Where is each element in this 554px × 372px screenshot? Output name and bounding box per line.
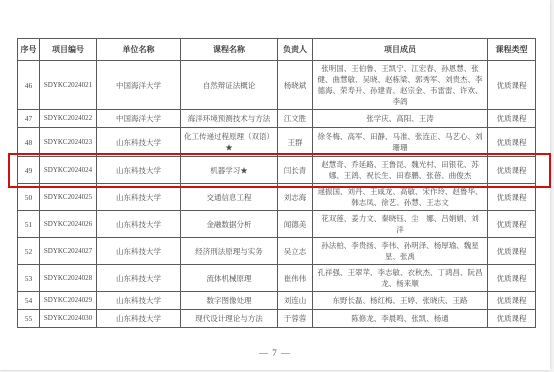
cell-leader: 杨晓斌 xyxy=(278,61,313,110)
cell-course-name: 化工传递过程原理（双语）★ xyxy=(181,128,278,157)
cell-project-members: 张学庆、高阳、王涛 xyxy=(313,110,488,128)
header-unit-name: 单位名称 xyxy=(97,39,181,61)
header-course-name: 课程名称 xyxy=(181,39,278,61)
cell-leader: 王群 xyxy=(278,128,313,157)
cell-serial-number: 48 xyxy=(18,128,40,157)
cell-project-code: SDYKC2024021 xyxy=(40,61,97,110)
table-row: 49 SDYKC2024024 山东科技大学 机器学习★ 闫长青 赵慧奇、乔延路… xyxy=(18,157,536,184)
cell-unit-name: 中国海洋大学 xyxy=(97,61,181,110)
cell-serial-number: 47 xyxy=(18,110,40,128)
cell-leader: 刘连山 xyxy=(278,292,313,310)
header-serial-number: 序号 xyxy=(18,39,40,61)
cell-project-code: SDYKC2024026 xyxy=(40,211,97,238)
cell-course-name: 交通信息工程 xyxy=(181,184,278,211)
header-course-type: 课程类型 xyxy=(488,39,536,61)
cell-course-name: 海洋环境预测技术与方法 xyxy=(181,110,278,128)
cell-unit-name: 中国海洋大学 xyxy=(97,110,181,128)
cell-project-members: 东野长磊、杨红梅、王婷、张晓庆、王路 xyxy=(313,292,488,310)
cell-project-code: SDYKC2024022 xyxy=(40,110,97,128)
cell-serial-number: 49 xyxy=(18,157,40,184)
table-row: 55 SDYKC2024030 山东科技大学 现代设计理论与方法 于蓉蓉 陈修龙… xyxy=(18,310,536,328)
cell-project-members: 陈修龙、李晨鸣、张凯、杨通 xyxy=(313,310,488,328)
cell-serial-number: 46 xyxy=(18,61,40,110)
table-row: 54 SDYKC2024029 山东科技大学 数字图像处理 刘连山 东野长磊、杨… xyxy=(18,292,536,310)
cell-course-type: 优质课程 xyxy=(488,238,536,265)
cell-serial-number: 53 xyxy=(18,265,40,292)
cell-course-type: 优质课程 xyxy=(488,211,536,238)
cell-serial-number: 50 xyxy=(18,184,40,211)
cell-course-type: 优质课程 xyxy=(488,128,536,157)
cell-course-type: 优质课程 xyxy=(488,61,536,110)
cell-project-code: SDYKC2024028 xyxy=(40,265,97,292)
cell-project-members: 孔祥强、王翠苹、李志敏、衣秋杰、丁鸿昌、阮昌龙、杨来顺 xyxy=(313,265,488,292)
table-row: 50 SDYKC2024025 山东科技大学 交通信息工程 刘志海 逯振国、刘丹… xyxy=(18,184,536,211)
cell-course-name: 经济刑法原理与实务 xyxy=(181,238,278,265)
table-row: 53 SDYKC2024028 山东科技大学 流体机械原理 崔伟伟 孔祥强、王翠… xyxy=(18,265,536,292)
cell-course-name: 流体机械原理 xyxy=(181,265,278,292)
cell-course-type: 优质课程 xyxy=(488,184,536,211)
table-body: 46 SDYKC2024021 中国海洋大学 自然辩证法概论 杨晓斌 张明国、王… xyxy=(18,61,536,328)
cell-project-members: 赵慧奇、乔延路、王鲁昆、魏光村、田银花、苏娜、王鸽、祝长生、田春鹏、张蓓、曲俊杰 xyxy=(313,157,488,184)
cell-course-type: 优质课程 xyxy=(488,265,536,292)
page-number: — 7 — xyxy=(0,348,550,358)
cell-course-name: 机器学习★ xyxy=(181,157,278,184)
cell-course-name: 自然辩证法概论 xyxy=(181,61,278,110)
cell-project-members: 花双莲、姜力文、秦晓钰、尘 娜、吕娟娟、刘 洋 xyxy=(313,211,488,238)
table-header-row: 序号 项目编号 单位名称 课程名称 负责人 项目成员 课程类型 xyxy=(18,39,536,61)
course-approval-table: 序号 项目编号 单位名称 课程名称 负责人 项目成员 课程类型 46 SDYKC… xyxy=(17,38,536,328)
cell-leader: 江文胜 xyxy=(278,110,313,128)
cell-unit-name: 山东科技大学 xyxy=(97,184,181,211)
table-header: 序号 项目编号 单位名称 课程名称 负责人 项目成员 课程类型 xyxy=(18,39,536,61)
cell-course-type: 优质课程 xyxy=(488,110,536,128)
cell-unit-name: 山东科技大学 xyxy=(97,265,181,292)
cell-unit-name: 山东科技大学 xyxy=(97,211,181,238)
cell-leader: 刘志海 xyxy=(278,184,313,211)
cell-unit-name: 山东科技大学 xyxy=(97,310,181,328)
cell-unit-name: 山东科技大学 xyxy=(97,238,181,265)
cell-unit-name: 山东科技大学 xyxy=(97,292,181,310)
table-row: 48 SDYKC2024023 山东科技大学 化工传递过程原理（双语）★ 王群 … xyxy=(18,128,536,157)
cell-course-name: 数字图像处理 xyxy=(181,292,278,310)
cell-leader: 崔伟伟 xyxy=(278,265,313,292)
table-row: 46 SDYKC2024021 中国海洋大学 自然辩证法概论 杨晓斌 张明国、王… xyxy=(18,61,536,110)
table-row: 52 SDYKC2024027 山东科技大学 经济刑法原理与实务 吴立志 孙法柏… xyxy=(18,238,536,265)
cell-leader: 吴立志 xyxy=(278,238,313,265)
cell-project-code: SDYKC2024023 xyxy=(40,128,97,157)
cell-serial-number: 54 xyxy=(18,292,40,310)
header-project-members: 项目成员 xyxy=(313,39,488,61)
cell-leader: 闻德美 xyxy=(278,211,313,238)
cell-course-name: 金融数据分析 xyxy=(181,211,278,238)
cell-project-code: SDYKC2024027 xyxy=(40,238,97,265)
cell-course-type: 优质课程 xyxy=(488,292,536,310)
cell-serial-number: 55 xyxy=(18,310,40,328)
cell-course-type: 优质课程 xyxy=(488,310,536,328)
cell-serial-number: 52 xyxy=(18,238,40,265)
cell-leader: 于蓉蓉 xyxy=(278,310,313,328)
cell-project-code: SDYKC2024024 xyxy=(40,157,97,184)
header-project-code: 项目编号 xyxy=(40,39,97,61)
cell-course-type: 优质课程 xyxy=(488,157,536,184)
cell-project-members: 张明国、王伯鲁、王凯宁、江宏春、孙恩慧、张健、曲慧敏、吴晓、赵栋梁、郭秀军、刘贵… xyxy=(313,61,488,110)
cell-unit-name: 山东科技大学 xyxy=(97,128,181,157)
cell-project-members: 逯振国、刘丹、王咸龙、高敏、宋作玲、赵鲁华、韩志凤、徐艺、孙慧、王志文 xyxy=(313,184,488,211)
document-page: 序号 项目编号 单位名称 课程名称 负责人 项目成员 课程类型 46 SDYKC… xyxy=(0,0,550,370)
cell-project-code: SDYKC2024029 xyxy=(40,292,97,310)
cell-course-name: 现代设计理论与方法 xyxy=(181,310,278,328)
cell-project-members: 孙法柏、李贵扬、李伟、孙明泽、杨厚瑜、魏星星、张禹 xyxy=(313,238,488,265)
cell-serial-number: 51 xyxy=(18,211,40,238)
cell-leader: 闫长青 xyxy=(278,157,313,184)
cell-project-code: SDYKC2024030 xyxy=(40,310,97,328)
table-row: 51 SDYKC2024026 山东科技大学 金融数据分析 闻德美 花双莲、姜力… xyxy=(18,211,536,238)
cell-project-members: 徐冬梅、高军、田静、马准、张连正、马艺心、刘珊珊 xyxy=(313,128,488,157)
cell-project-code: SDYKC2024025 xyxy=(40,184,97,211)
table-row: 47 SDYKC2024022 中国海洋大学 海洋环境预测技术与方法 江文胜 张… xyxy=(18,110,536,128)
header-leader: 负责人 xyxy=(278,39,313,61)
cell-unit-name: 山东科技大学 xyxy=(97,157,181,184)
